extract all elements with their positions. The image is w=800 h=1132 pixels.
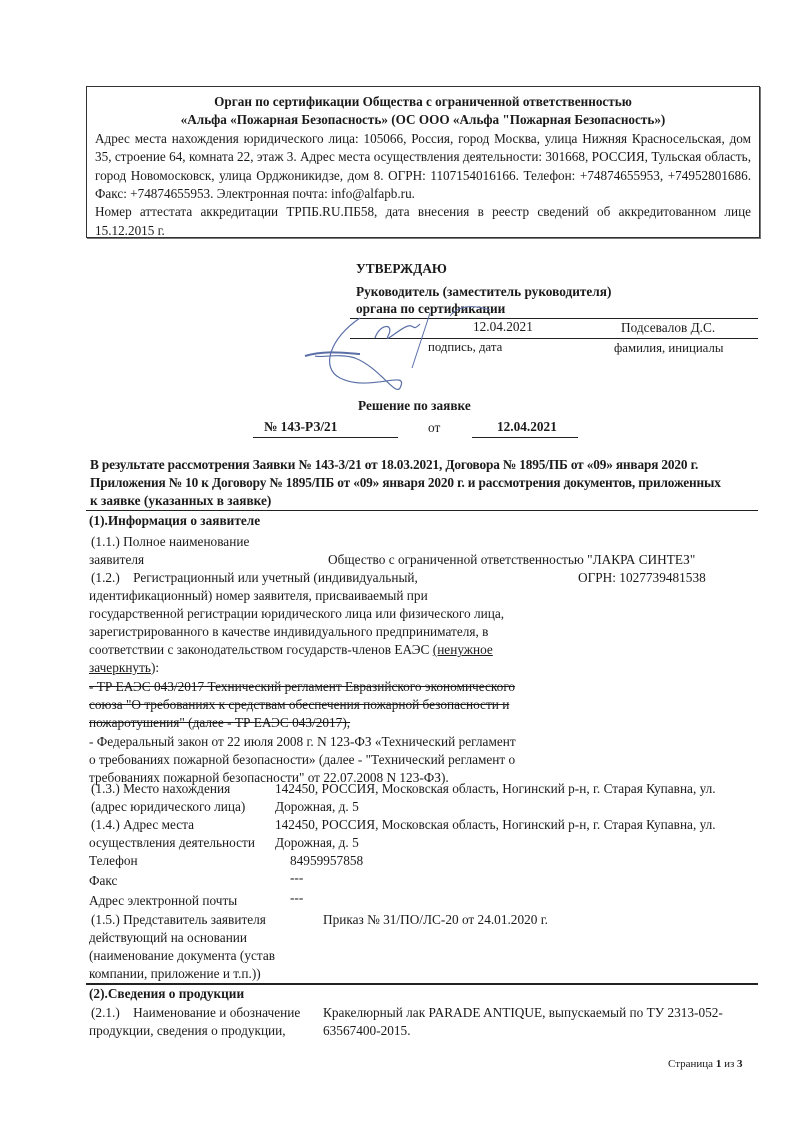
legal-address-line1: 142450, РОССИЯ, Московская область, Ноги… [275,780,716,799]
s1-2-line3: государственной регистрации юридического… [89,605,504,624]
activity-address-line2: Дорожная, д. 5 [275,834,359,853]
s1-2-line6: зачеркнуть): [89,659,159,678]
s1-1-label-a: (1.1.) Полное наименование [91,533,249,552]
decision-title: Решение по заявке [358,397,471,416]
s1-2-note-b: зачеркнуть [89,660,151,675]
caption-name-initials: фамилия, инициалы [614,339,723,357]
certification-body-header: Орган по сертификации Общества с огранич… [86,86,760,238]
s1-4-label-b: осуществления деятельности [89,834,255,853]
s1-3-label-a: (1.3.) Место нахождения [91,780,230,799]
struck-regulation-line1: - ТР ЕАЭС 043/2017 Технический регламент… [89,678,515,697]
s1-2-line2: идентификационный) номер заявителя, прис… [89,587,428,606]
s1-2-note-end: ): [151,660,159,675]
law-line1: - Федеральный закон от 22 июля 2008 г. N… [89,733,516,752]
page-prefix: Страница [668,1058,716,1070]
s1-4-label-a: (1.4.) Адрес места [91,816,194,835]
s1-1-label-b: заявителя [89,551,144,570]
s1-2-line5: соответствии с законодательством государ… [89,641,493,660]
s1-5-line2: действующий на основании [89,929,247,948]
phone-value: 84959957858 [290,852,363,871]
approver-name: Подсевалов Д.С. [621,319,715,338]
intro-line3: к заявке (указанных в заявке) [90,492,271,511]
section2-title: (2).Сведения о продукции [89,985,244,1004]
decision-number: № 143-РЗ/21 [264,418,337,437]
legal-address-line2: Дорожная, д. 5 [275,798,359,817]
approval-title: УТВЕРЖДАЮ [356,260,447,279]
applicant-name: Общество с ограниченной ответственностью… [328,551,695,570]
s1-2-line5-text: соответствии с законодательством государ… [89,642,433,657]
struck-regulation-line3: пожаротушения" (далее - ТР ЕАЭС 043/2017… [89,714,350,733]
header-title-line1: Орган по сертификации Общества с огранич… [95,93,751,111]
header-title-line2: «Альфа «Пожарная Безопасность» (ОС ООО «… [95,111,751,129]
applicant-ogrn: ОГРН: 1027739481538 [578,569,706,588]
activity-address-line1: 142450, РОССИЯ, Московская область, Ноги… [275,816,716,835]
struck-regulation-line2: союза "О требованиях к средствам обеспеч… [89,696,509,715]
fax-label: Факс [89,872,117,891]
section1-title: (1).Информация о заявителе [89,512,260,531]
handwritten-signature-icon [300,298,500,398]
intro-line1: В результате рассмотрения Заявки № 143-3… [90,456,698,475]
s2-1-label-b: продукции, сведения о продукции, [89,1022,286,1041]
email-label: Адрес электронной почты [89,892,237,911]
s1-2-line4: зарегистрированного в качестве индивидуа… [89,623,488,642]
s1-2-line1: (1.2.) Регистрационный или учетный (инди… [91,569,418,588]
page-indicator: Страница 1 из 3 [668,1058,743,1070]
law-line2: о требованиях пожарной безопасности» (да… [89,751,515,770]
section1-rule [86,510,758,511]
product-description-line1: Кракелюрный лак PARADE ANTIQUE, выпускае… [323,1004,723,1023]
phone-label: Телефон [89,852,138,871]
intro-line2: Приложения № 10 к Договору № 1895/ПБ от … [90,474,721,493]
page-of: из [721,1058,737,1070]
fax-value: --- [290,869,303,888]
decision-from-label: от [428,419,440,438]
product-description-line2: 63567400-2015. [323,1022,411,1041]
decision-date: 12.04.2021 [497,418,557,437]
header-address: Адрес места нахождения юридического лица… [95,130,751,204]
s2-1-label-a: (2.1.) Наименование и обозначение [91,1004,300,1023]
decision-number-rule [253,437,398,438]
header-accreditation: Номер аттестата аккредитации ТРПБ.RU.ПБ5… [95,203,751,240]
s1-5-line4: компании, приложение и т.п.)) [89,965,261,984]
page-total: 3 [737,1058,743,1070]
representative-basis: Приказ № 31/ПО/ЛС-20 от 24.01.2020 г. [323,911,548,930]
s1-3-label-b: (адрес юридического лица) [91,798,245,817]
s1-5-line1: (1.5.) Представитель заявителя [91,911,266,930]
s1-2-note-a: (ненужное [433,642,493,657]
decision-date-rule [472,437,578,438]
s1-5-line3: (наименование документа (устав [89,947,275,966]
email-value: --- [290,889,303,908]
